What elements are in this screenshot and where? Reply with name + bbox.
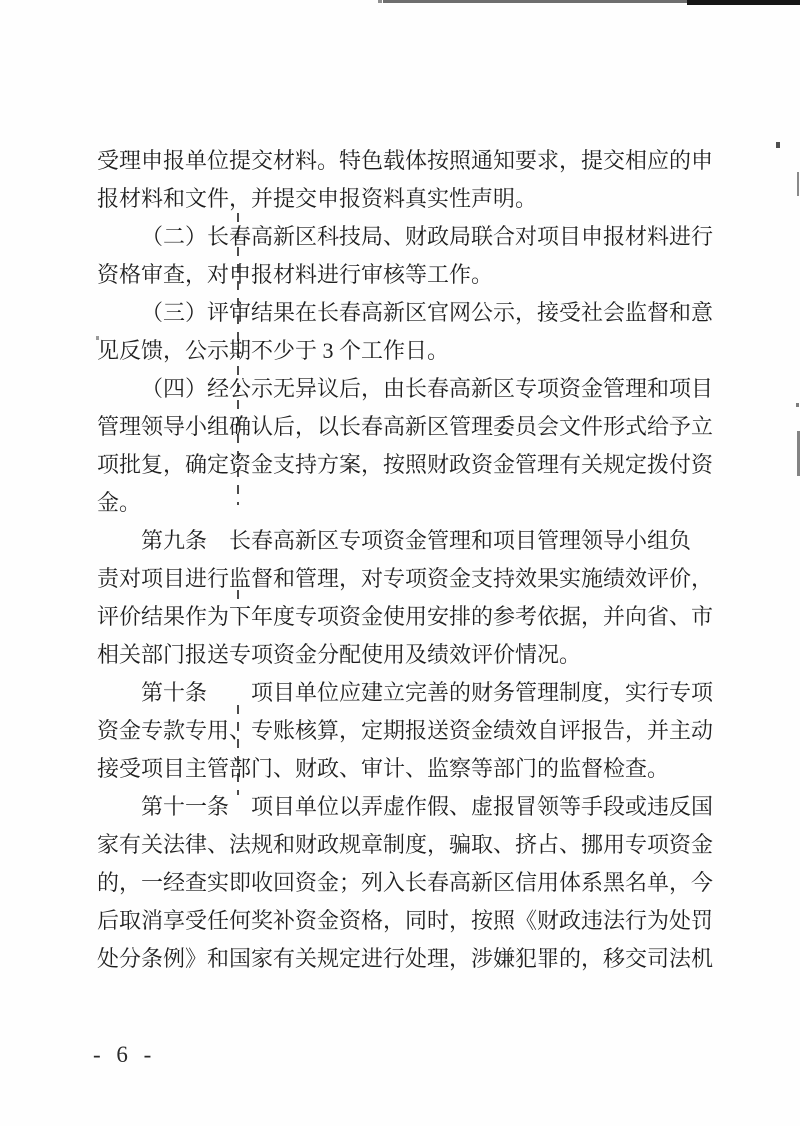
text-line: 第十一条 项目单位以弄虚作假、虚报冒领等手段或违反国 [97, 788, 719, 826]
scan-artifact-right-speck-1 [776, 142, 780, 148]
text-line: 的，一经查实即收回资金；列入长春高新区信用体系黑名单，今 [97, 864, 719, 902]
text-line: 接受项目主管部门、财政、审计、监察等部门的监督检查。 [97, 750, 719, 788]
text-line: 资金专款专用、专账核算，定期报送资金绩效自评报告，并主动 [97, 712, 719, 750]
text-line: 见反馈，公示期不少于 3 个工作日。 [97, 332, 719, 370]
text-line: 家有关法律、法规和财政规章制度，骗取、挤占、挪用专项资金 [97, 826, 719, 864]
text-line: 第九条 长春高新区专项资金管理和项目管理领导小组负 [97, 522, 719, 560]
text-line: （四）经公示无异议后，由长春高新区专项资金管理和项目 [97, 370, 719, 408]
text-line: 资格审查，对申报材料进行审核等工作。 [97, 256, 719, 294]
text-line: （二）长春高新区科技局、财政局联合对项目申报材料进行 [97, 218, 719, 256]
text-line: 处分条例》和国家有关规定进行处理，涉嫌犯罪的，移交司法机 [97, 940, 719, 978]
document-body: 受理申报单位提交材料。特色载体按照通知要求，提交相应的申报材料和文件，并提交申报… [97, 142, 719, 978]
text-line: 金。 [97, 484, 719, 522]
text-line: 第十条 项目单位应建立完善的财务管理制度，实行专项 [97, 674, 719, 712]
text-line: 报材料和文件，并提交申报资料真实性声明。 [97, 180, 719, 218]
page-number: - 6 - [93, 1042, 156, 1068]
text-line: 后取消享受任何奖补资金资格，同时，按照《财政违法行为处罚 [97, 902, 719, 940]
text-line: 受理申报单位提交材料。特色载体按照通知要求，提交相应的申 [97, 142, 719, 180]
text-line: 相关部门报送专项资金分配使用及绩效评价情况。 [97, 636, 719, 674]
scan-artifact-top-edge-gray-line [383, 0, 687, 3]
text-line: 责对项目进行监督和管理，对专项资金支持效果实施绩效评价， [97, 560, 719, 598]
text-line: 管理领导小组确认后，以长春高新区管理委员会文件形式给予立 [97, 408, 719, 446]
scan-artifact-top-edge-black-line [687, 0, 800, 5]
scan-artifact-right-line-1 [797, 172, 799, 196]
text-line: 评价结果作为下年度专项资金使用安排的参考依据，并向省、市 [97, 598, 719, 636]
text-line: 项批复，确定资金支持方案，按照财政资金管理有关规定拨付资 [97, 446, 719, 484]
text-line: （三）评审结果在长春高新区官网公示，接受社会监督和意 [97, 294, 719, 332]
scanned-document-page: 受理申报单位提交材料。特色载体按照通知要求，提交相应的申报材料和文件，并提交申报… [0, 0, 800, 1126]
scan-artifact-top-speck [378, 0, 382, 3]
scan-artifact-right-speck-2 [796, 403, 799, 407]
